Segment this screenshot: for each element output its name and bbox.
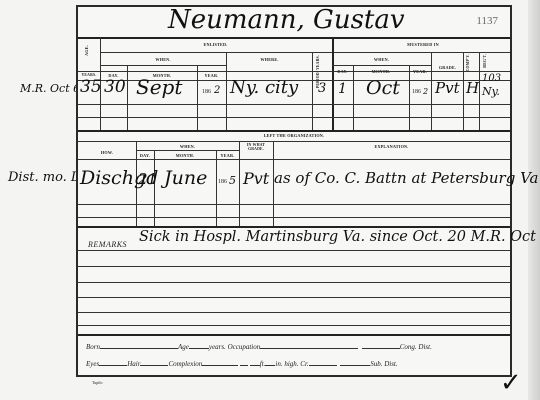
card-number: 1137 [476,15,498,27]
left-year-label: YEAR. [216,153,239,158]
how-label: HOW. [78,150,136,155]
eyes-field[interactable] [99,359,127,366]
remarks-label: REMARKS [88,240,127,249]
enlisted-year-suffix: 2 [214,85,220,96]
divider [78,104,510,105]
enlisted-label: ENLISTED. [98,42,333,47]
mustered-in-label: MUSTERED IN [333,42,513,47]
divider [78,130,510,132]
cong-dist-label: Cong. Dist. [400,343,432,351]
left-grade-label: IN WHAT GRADE. [239,143,273,151]
feet-field[interactable] [240,359,248,366]
divider [479,52,480,130]
left-year-prefix: 186 [218,179,227,185]
age-label: Age [178,343,189,351]
divider [409,65,410,130]
divider [78,117,510,118]
mustered-month: Oct [366,77,400,99]
inches-field[interactable] [265,359,275,366]
grade-label: GRADE. [431,65,464,70]
left-grade: Pvt [243,169,269,188]
left-when-label: WHEN. [136,144,239,149]
divider [78,250,510,251]
footer-row-1: BornAgeyears. Occupation Cong. Dist. [86,342,432,351]
years-label: years. [209,343,226,351]
divider [78,217,510,218]
checkmark-icon: ✓ [500,368,522,398]
mustered-regiment-number: 103 [482,73,501,84]
left-year-suffix: 5 [229,174,236,187]
left-day: 21 [138,170,157,188]
divider [78,226,510,228]
divider [78,71,510,72]
divider [78,204,510,205]
company-label: COMP'Y. [466,54,470,71]
when-label: WHEN. [100,57,226,62]
year-label: YEAR. [197,73,226,78]
sub-dist-label: Sub. Dist. [370,360,397,368]
age-field[interactable] [189,342,209,349]
age-label: AGE. [84,45,89,56]
divider [78,266,510,267]
eyes-label: Eyes [86,360,99,368]
born-label: Born [86,343,100,351]
enlisted-year-prefix: 186 [202,89,211,95]
printer-mark: Tupilo [92,380,103,385]
explanation-label: EXPLANATION. [273,144,510,149]
hair-label: Hair [127,360,140,368]
divider [127,65,128,130]
divider [78,37,510,39]
divider [239,141,240,226]
divider [216,150,217,226]
page-edge-shadow [528,0,540,400]
divider [78,282,510,283]
left-explanation: as of Co. C. Battn at Petersburg Va [274,169,538,187]
divider [78,141,510,142]
hair-field[interactable] [140,359,168,366]
cr-field[interactable] [309,359,337,366]
divider [100,52,510,53]
complexion-label: Complexion [168,360,202,368]
divider [332,65,431,66]
sub-dist-field[interactable] [340,359,370,366]
mustered-day: 1 [338,81,347,97]
mustered-when-label: WHEN. [332,57,431,62]
left-organization-label: LEFT THE ORGANIZATION. [78,133,510,138]
divider [226,52,227,130]
divider [78,159,510,160]
in-high-label: in. high. Cr. [275,360,308,368]
divider [197,65,198,130]
enlisted-month: Sept [136,75,182,99]
divider [463,52,464,130]
left-month-label: MONTH. [154,153,216,158]
footer-row-2: EyesHairComplexion ft.in. high. Cr. Sub.… [86,359,398,368]
divider [312,52,313,130]
remarks-text: Sick in Hospl. Martinsburg Va. since Oct… [139,229,540,245]
divider [100,65,226,66]
left-month: June [164,167,207,189]
mustered-year-label: YEAR. [409,69,431,74]
mustered-grade: Pvt [435,79,460,97]
divider [78,325,510,326]
soldier-name: Neumann, Gustav [168,5,405,35]
enlisted-period: 3 [318,81,326,96]
complexion-field[interactable] [202,359,238,366]
enlisted-where: Ny. city [230,77,298,98]
where-label: WHERE. [226,57,313,62]
mustered-year-prefix: 186 [412,89,421,95]
muster-roll-card: Neumann, Gustav 1137 ENLISTED. MUSTERED … [76,5,512,377]
mustered-company: H [466,79,479,97]
feet-field-2[interactable] [250,359,260,366]
mustered-regiment-state: Ny. [482,85,500,98]
mustered-month-label: MONTH. [353,69,409,74]
enlisted-day: 30 [104,77,126,97]
divider [136,150,239,151]
divider [431,52,432,130]
born-field[interactable] [100,342,178,349]
mustered-day-label: DAY. [332,69,353,74]
occupation-label: Occupation [228,343,261,351]
mustered-year-suffix: 2 [423,87,428,96]
divider [78,312,510,313]
divider [78,297,510,298]
cong-dist-field[interactable] [362,342,400,349]
divider [78,334,510,336]
enlisted-age: 35 [80,77,102,97]
occupation-field[interactable] [260,342,358,349]
left-day-label: DAY. [136,153,154,158]
regiment-label: REG'T. [483,54,487,68]
divider [353,65,354,130]
